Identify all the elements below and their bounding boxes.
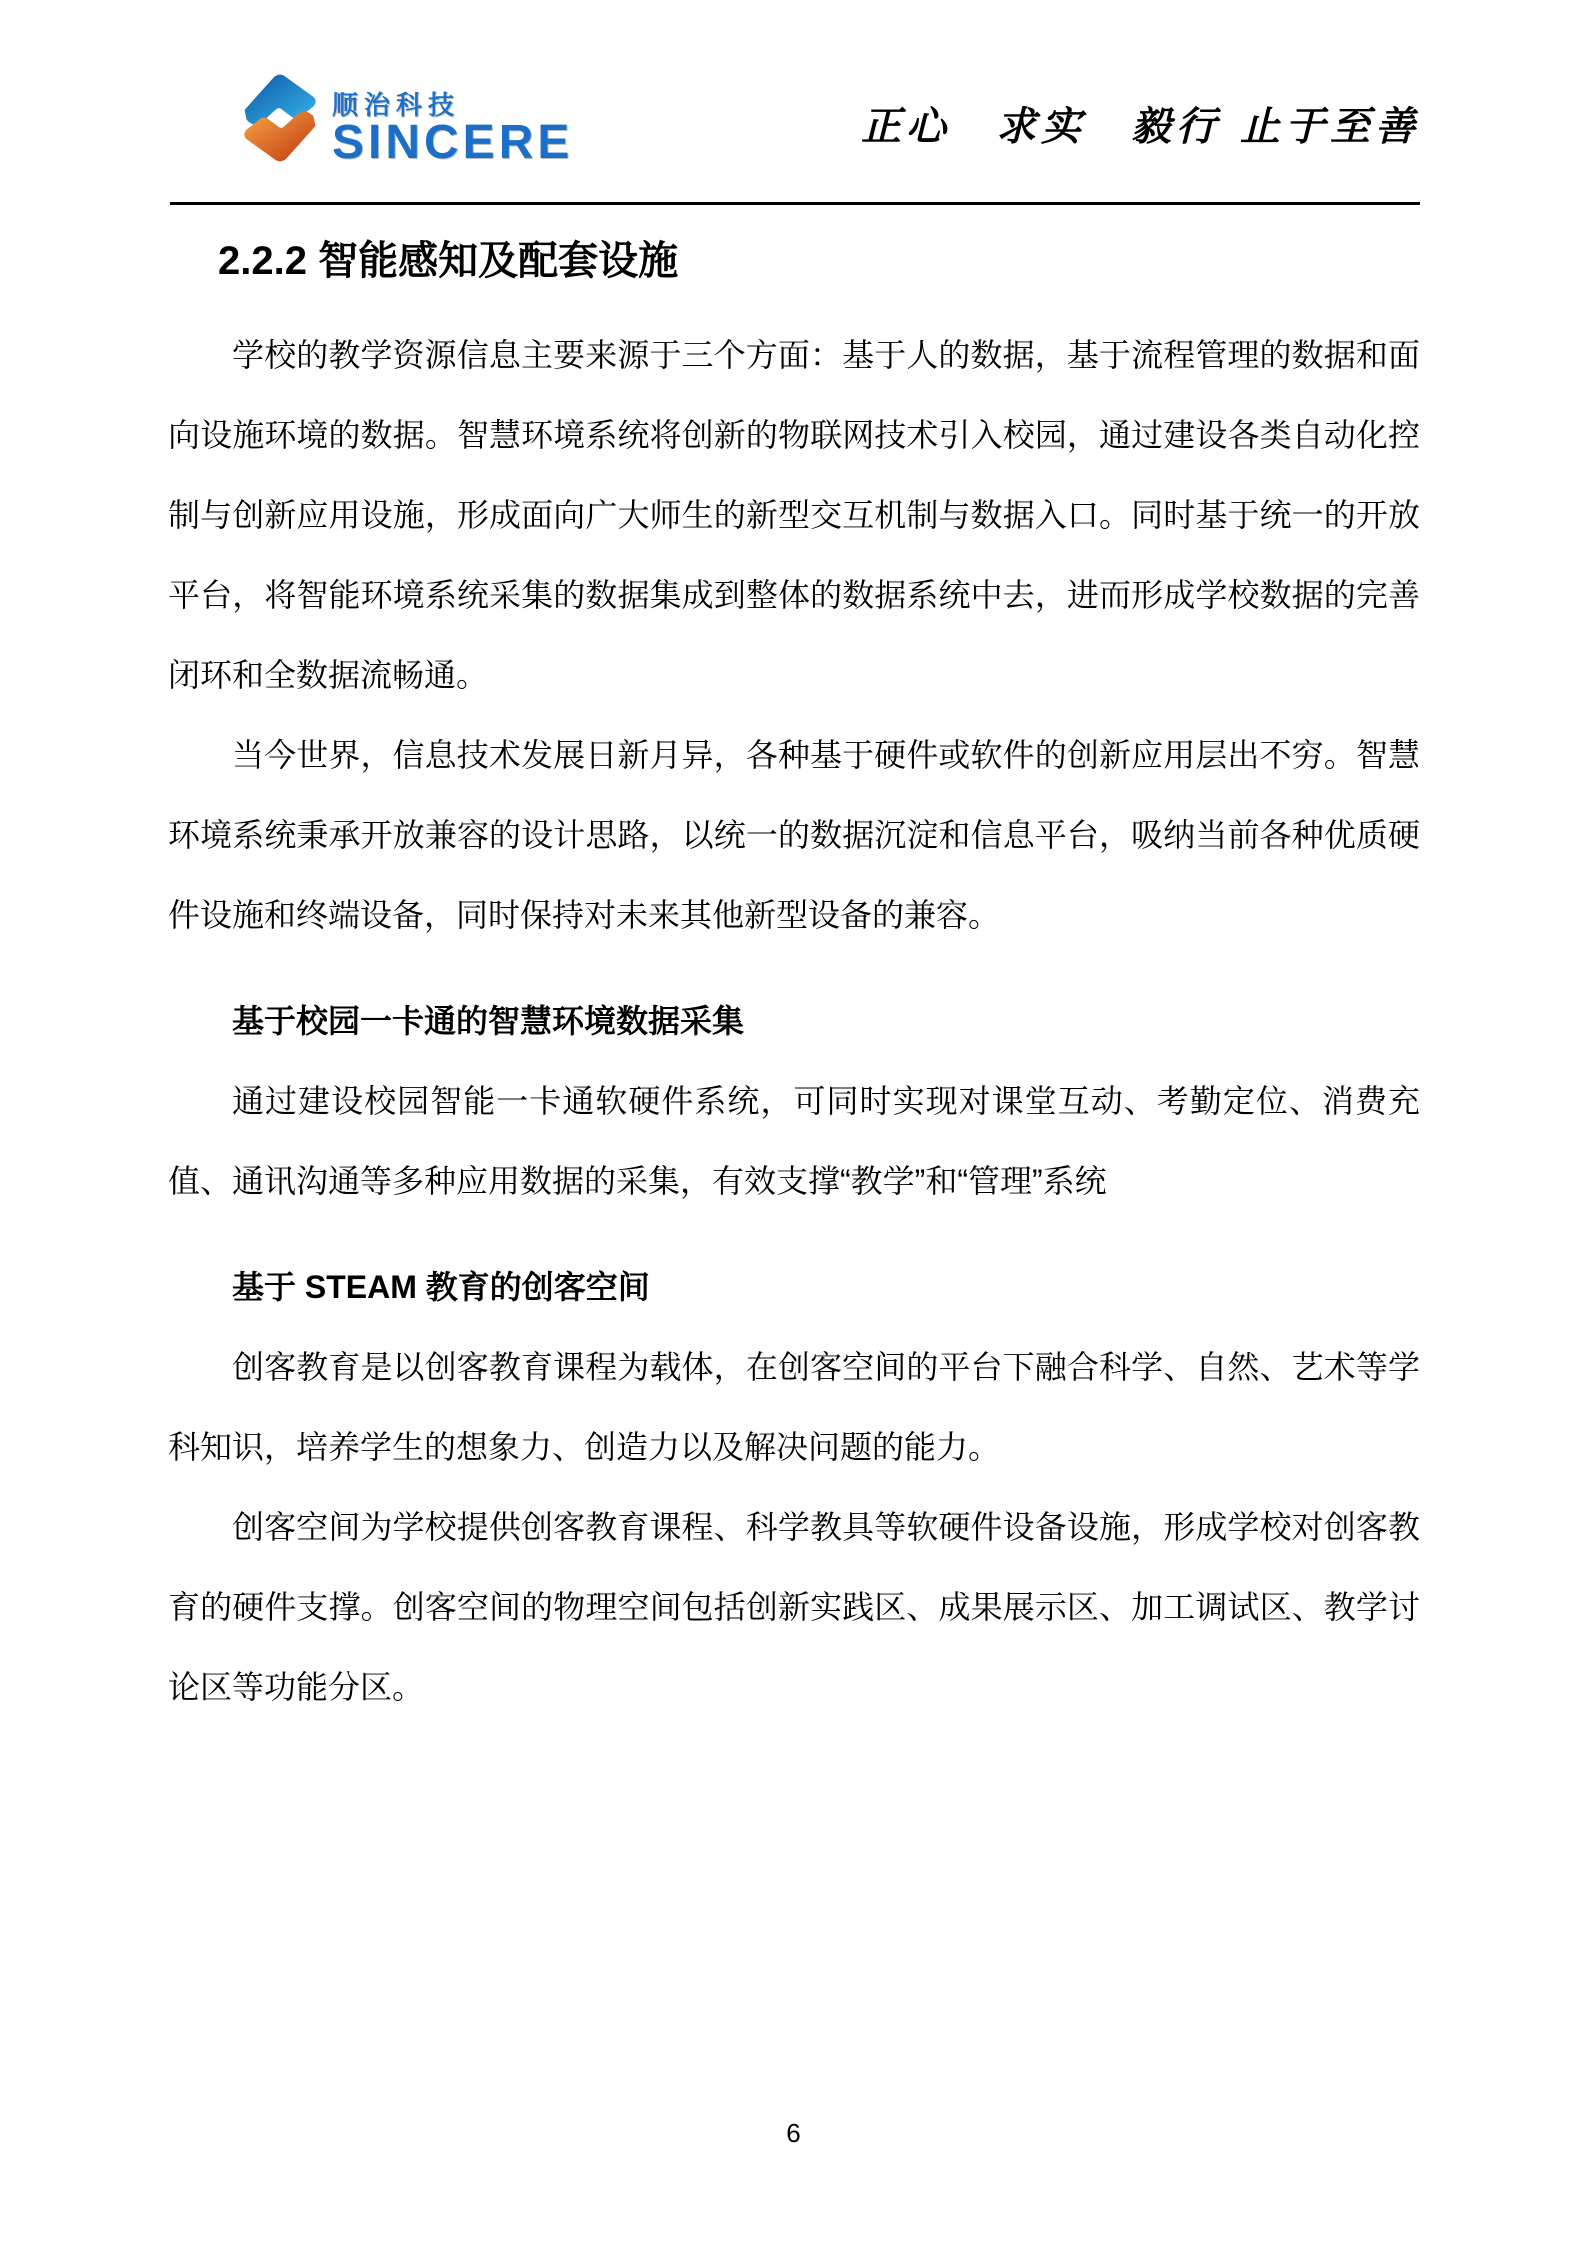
page-number: 6 [0,2118,1587,2149]
logo-text-en: SINCERE [332,120,573,166]
paragraph-1: 学校的教学资源信息主要来源于三个方面：基于人的数据，基于流程管理的数据和面向设施… [168,315,1420,715]
sub-heading-steam: 基于 STEAM 教育的创客空间 [168,1247,1420,1327]
company-slogan: 正心 求实 毅行 止于至善 [861,95,1420,152]
logo-text: 顺治科技 SINCERE [332,90,573,166]
paragraph-5: 创客空间为学校提供创客教育课程、科学教具等软硬件设备设施，形成学校对创客教育的硬… [168,1487,1420,1727]
sub-heading-onecard: 基于校园一卡通的智慧环境数据采集 [168,981,1420,1061]
header-divider [170,202,1420,205]
company-logo: 顺治科技 SINCERE [238,68,573,168]
paragraph-2: 当今世界，信息技术发展日新月异，各种基于硬件或软件的创新应用层出不穷。智慧环境系… [168,715,1420,955]
document-page: 顺治科技 SINCERE 正心 求实 毅行 止于至善 2.2.2 智能感知及配套… [0,0,1587,2245]
sincere-logo-icon [238,68,322,168]
document-body: 2.2.2 智能感知及配套设施 学校的教学资源信息主要来源于三个方面：基于人的数… [168,233,1420,1727]
section-heading: 2.2.2 智能感知及配套设施 [218,233,1420,289]
page-header: 顺治科技 SINCERE 正心 求实 毅行 止于至善 [238,68,1420,168]
paragraph-4: 创客教育是以创客教育课程为载体，在创客空间的平台下融合科学、自然、艺术等学科知识… [168,1327,1420,1487]
paragraph-3: 通过建设校园智能一卡通软硬件系统，可同时实现对课堂互动、考勤定位、消费充值、通讯… [168,1061,1420,1221]
